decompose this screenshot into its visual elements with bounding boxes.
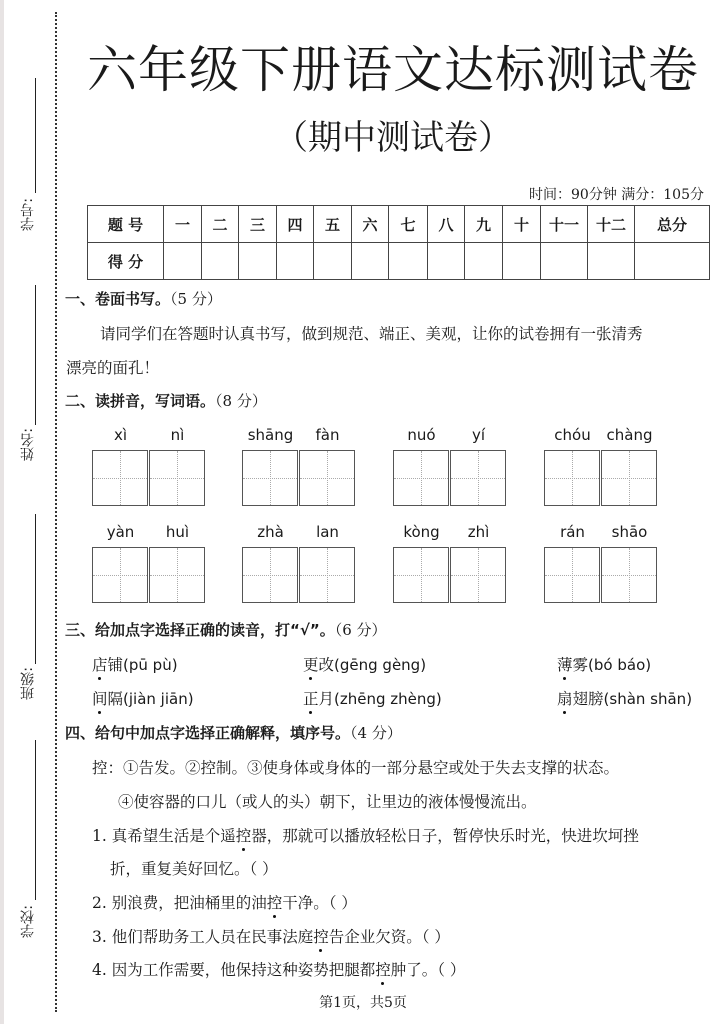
question-4[interactable]: 4. 因为工作需要，他保持这种姿势把腿都控肿了。（ ） (92, 958, 465, 980)
pinyin-label: nì (149, 426, 206, 444)
question-1-line-2[interactable]: 折，重复美好回忆。（ ） (110, 857, 278, 879)
question-3[interactable]: 3. 他们帮助务工人员在民事法庭控告企业欠资。（ ） (92, 925, 450, 947)
writing-box[interactable] (149, 547, 205, 603)
score-cell-total[interactable] (635, 243, 710, 280)
word-rest: 隔 (108, 690, 124, 708)
score-cell[interactable] (503, 243, 541, 280)
col-header: 八 (428, 206, 465, 243)
section-4-points: （4 分） (350, 724, 402, 742)
writing-box[interactable] (450, 547, 506, 603)
col-header: 十 (503, 206, 541, 243)
pinyin-label: shāo (601, 523, 658, 541)
section-3-heading: 三、给加点字选择正确的读音，打“√”。（6 分） (65, 619, 387, 640)
writing-box[interactable] (450, 450, 506, 506)
dotted-char: 更 (303, 656, 319, 674)
score-cell[interactable] (428, 243, 465, 280)
pinyin-options: (pū pù) (123, 656, 178, 674)
pinyin-label: zhì (450, 523, 507, 541)
col-header: 六 (352, 206, 389, 243)
pinyin-label: shāng (242, 426, 299, 444)
dotted-char: 薄 (557, 656, 573, 674)
writing-box[interactable] (92, 547, 148, 603)
page-title: 六年级下册语文达标测试卷 (60, 38, 726, 102)
section-2-title: 二、读拼音，写词语。 (65, 392, 215, 410)
page-subtitle: （期中测试卷） (60, 114, 726, 162)
writing-box[interactable] (242, 547, 298, 603)
section-3-title: 三、给加点字选择正确的读音，打“√”。 (65, 621, 335, 639)
score-cell[interactable] (389, 243, 428, 280)
pinyin-label: nuó (393, 426, 450, 444)
question-text: 器，那就可以播放轻松日子，暂停快乐时光，快进坎坷挫 (251, 827, 639, 845)
student-id-line (35, 78, 36, 193)
dotted-char: 店 (92, 656, 108, 674)
pinyin-label: huì (149, 523, 206, 541)
col-header: 五 (314, 206, 352, 243)
score-cell[interactable] (277, 243, 314, 280)
dotted-char: 控 (236, 827, 252, 845)
section-1-heading: 一、卷面书写。（5 分） (65, 288, 222, 309)
question-text: 1. 真希望生活是个遥 (92, 827, 236, 845)
dotted-char: 间 (92, 690, 108, 708)
student-id-label: 学号: (18, 198, 40, 231)
writing-box[interactable] (299, 450, 355, 506)
pinyin-options: (shàn shān) (604, 690, 693, 708)
page-number: 第1页，共5页 (0, 992, 726, 1012)
writing-box[interactable] (544, 450, 600, 506)
score-table-header-row: 题 号 一 二 三 四 五 六 七 八 九 十 十一 十二 总分 (88, 206, 710, 243)
exam-meta: 时间：90分钟 满分：105分 (529, 184, 704, 204)
class-line (35, 514, 36, 664)
col-header: 七 (389, 206, 428, 243)
pronunciation-item[interactable]: 正月(zhēng zhèng) (303, 687, 442, 709)
pinyin-options: (zhēng zhèng) (334, 690, 442, 708)
word-rest: 雾 (573, 656, 589, 674)
score-cell[interactable] (541, 243, 588, 280)
writing-box[interactable] (393, 450, 449, 506)
pinyin-label: xì (92, 426, 149, 444)
section-2-heading: 二、读拼音，写词语。（8 分） (65, 390, 267, 411)
question-text: 2. 别浪费，把油桶里的油 (92, 894, 267, 912)
name-line (35, 285, 36, 425)
dotted-char: 控 (313, 928, 329, 946)
pinyin-label: chóu (544, 426, 601, 444)
pronunciation-item[interactable]: 扇翅膀(shàn shān) (557, 687, 692, 709)
pinyin-label: kòng (393, 523, 450, 541)
word-rest: 翅膀 (573, 690, 604, 708)
section-3-points: （6 分） (335, 621, 387, 639)
score-table-score-row: 得 分 (88, 243, 710, 280)
score-cell[interactable] (352, 243, 389, 280)
pinyin-label: yàn (92, 523, 149, 541)
writing-box[interactable] (149, 450, 205, 506)
school-line (35, 740, 36, 900)
binding-dotted-line (55, 12, 57, 1012)
pinyin-label: rán (544, 523, 601, 541)
pinyin-label: yí (450, 426, 507, 444)
col-header: 二 (202, 206, 239, 243)
score-cell[interactable] (314, 243, 352, 280)
pinyin-label: fàn (299, 426, 356, 444)
col-header: 九 (465, 206, 503, 243)
section-4-heading: 四、给句中加点字选择正确解释，填序号。（4 分） (65, 722, 402, 743)
pronunciation-item[interactable]: 间隔(jiàn jiān) (92, 687, 194, 709)
score-table: 题 号 一 二 三 四 五 六 七 八 九 十 十一 十二 总分 得 分 (87, 205, 710, 280)
col-header: 四 (277, 206, 314, 243)
word-rest: 改 (319, 656, 335, 674)
pronunciation-item[interactable]: 店铺(pū pù) (92, 653, 178, 675)
writing-box[interactable] (393, 547, 449, 603)
question-1: 1. 真希望生活是个遥控器，那就可以播放轻松日子，暂停快乐时光，快进坎坷挫 (92, 824, 639, 846)
score-cell[interactable] (239, 243, 277, 280)
row-label-question-number: 题 号 (88, 206, 164, 243)
pinyin-label: zhà (242, 523, 299, 541)
dotted-char: 控 (375, 961, 391, 979)
writing-box[interactable] (92, 450, 148, 506)
writing-box[interactable] (242, 450, 298, 506)
section-1-text-line2: 漂亮的面孔！ (66, 356, 159, 378)
dotted-char: 控 (267, 894, 283, 912)
pinyin-options: (bó báo) (588, 656, 651, 674)
section-1-title: 一、卷面书写。 (65, 290, 170, 308)
score-cell[interactable] (588, 243, 635, 280)
writing-box[interactable] (544, 547, 600, 603)
question-text: 4. 因为工作需要，他保持这种姿势把腿都 (92, 961, 375, 979)
col-header: 三 (239, 206, 277, 243)
pronunciation-item[interactable]: 薄雾(bó báo) (557, 653, 651, 675)
section-1-points: （5 分） (170, 290, 222, 308)
score-cell[interactable] (465, 243, 503, 280)
col-header-total: 总分 (635, 206, 710, 243)
answer-blank: 干净。（ ） (282, 894, 357, 912)
dotted-char: 扇 (557, 690, 573, 708)
col-header: 十二 (588, 206, 635, 243)
question-text: 3. 他们帮助务工人员在民事法庭 (92, 928, 313, 946)
question-2[interactable]: 2. 别浪费，把油桶里的油控干净。（ ） (92, 891, 357, 913)
writing-box[interactable] (601, 547, 657, 603)
col-header: 十一 (541, 206, 588, 243)
dotted-char: 正 (303, 690, 319, 708)
class-label: 班级: (18, 667, 40, 700)
section-4-title: 四、给句中加点字选择正确解释，填序号。 (65, 724, 350, 742)
pinyin-options: (jiàn jiān) (123, 690, 194, 708)
page-edge (0, 0, 4, 1024)
col-header: 一 (164, 206, 202, 243)
pinyin-options: (gēng gèng) (334, 656, 426, 674)
writing-box[interactable] (601, 450, 657, 506)
score-cell[interactable] (164, 243, 202, 280)
answer-blank: 肿了。（ ） (391, 961, 466, 979)
pronunciation-item[interactable]: 更改(gēng gèng) (303, 653, 426, 675)
name-label: 姓名: (18, 428, 40, 461)
section-1-text-line1: 请同学们在答题时认真书写，做到规范、端正、美观，让你的试卷拥有一张清秀 (100, 322, 643, 344)
writing-box[interactable] (299, 547, 355, 603)
definition-line-2: ④使容器的口儿（或人的头）朝下，让里边的液体慢慢流出。 (118, 790, 537, 812)
answer-blank: 告企业欠资。（ ） (329, 928, 450, 946)
school-label: 学校: (18, 905, 40, 938)
score-cell[interactable] (202, 243, 239, 280)
word-rest: 铺 (108, 656, 124, 674)
row-label-score: 得 分 (88, 243, 164, 280)
section-2-points: （8 分） (215, 392, 267, 410)
word-rest: 月 (319, 690, 335, 708)
pinyin-label: lan (299, 523, 356, 541)
definition-line-1: 控：①告发。②控制。③使身体或身体的一部分悬空或处于失去支撑的状态。 (92, 756, 619, 778)
pinyin-label: chàng (601, 426, 658, 444)
